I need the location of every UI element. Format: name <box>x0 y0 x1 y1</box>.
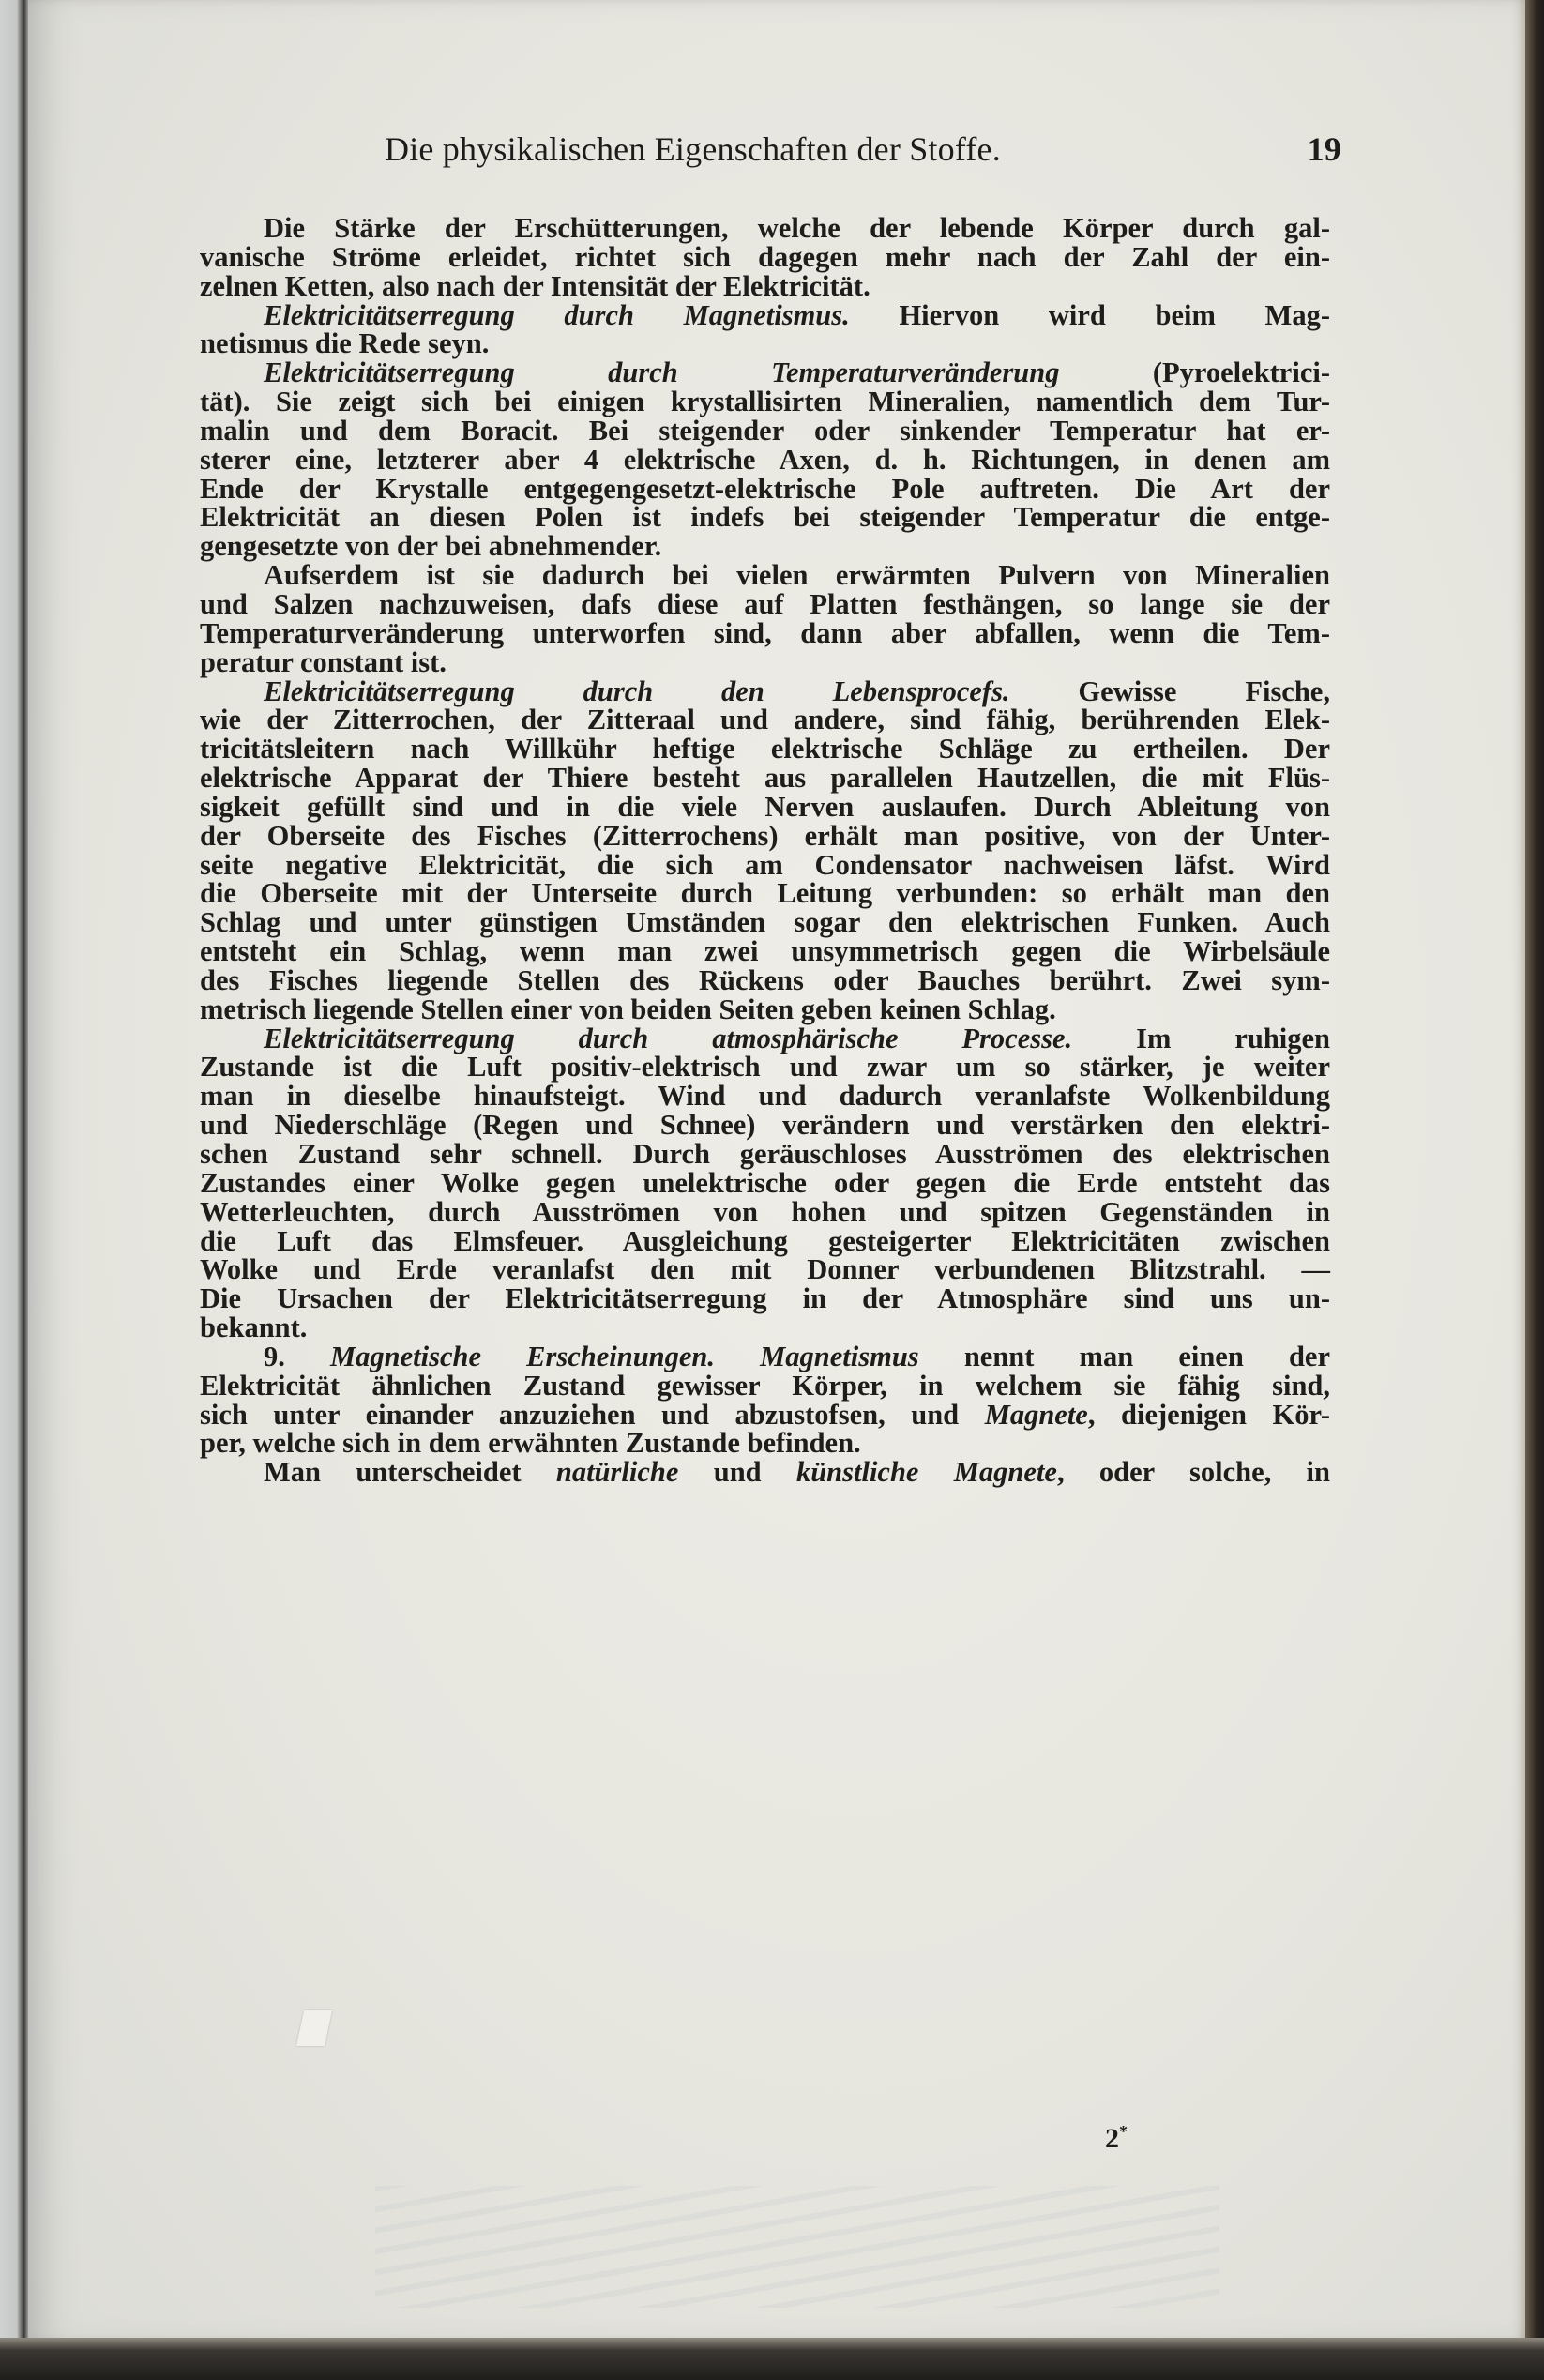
text-line: seite negative Elektricität, die sich am… <box>200 851 1330 880</box>
text-line: entsteht ein Schlag, wenn man zwei unsym… <box>200 937 1330 966</box>
text-line: tät). Sie zeigt sich bei einigen krystal… <box>200 387 1330 417</box>
text-line: Schlag und unter günstigen Umständen sog… <box>200 908 1330 937</box>
text-line: des Fisches liegende Stellen des Rückens… <box>200 966 1330 995</box>
text-line: und Salzen nachzuweisen, dafs diese auf … <box>200 590 1330 619</box>
text-line: Elektricitätserregung durch Magnetismus.… <box>200 301 1330 330</box>
text-line: bekannt. <box>200 1313 1330 1342</box>
text-line: elektrische Apparat der Thiere besteht a… <box>200 764 1330 793</box>
text-line: 9. Magnetische Erscheinungen. Magnetismu… <box>200 1342 1330 1372</box>
text-line: gengesetzte von der bei abnehmender. <box>200 532 1330 561</box>
signature-number: 2 <box>1105 2123 1119 2154</box>
italic-term: Magnete <box>985 1399 1088 1431</box>
page-number: 19 <box>1308 129 1341 169</box>
text-line: Elektricitätserregung durch Temperaturve… <box>200 358 1330 387</box>
italic-heading: natürliche <box>556 1456 679 1488</box>
text-line: Wetterleuchten, durch Ausströmen von hoh… <box>200 1198 1330 1227</box>
italic-term: künstliche Magnete <box>796 1456 1057 1488</box>
text-line: Zustande ist die Luft positiv-elektrisch… <box>200 1053 1330 1082</box>
text-line: Elektricitätserregung durch atmosphärisc… <box>200 1024 1330 1054</box>
text-line: zelnen Ketten, also nach der Intensität … <box>200 272 1330 301</box>
text-line: Temperaturveränderung unterworfen sind, … <box>200 619 1330 648</box>
italic-heading: Elektricitätserregung durch den Lebenspr… <box>264 675 1010 707</box>
text-line: Man unterscheidet natürliche und künstli… <box>200 1458 1330 1487</box>
text-line: sterer eine, letzterer aber 4 elektrisch… <box>200 446 1330 475</box>
text-line: Zustandes einer Wolke gegen unelektrisch… <box>200 1169 1330 1198</box>
text-line: Elektricität an diesen Polen ist indefs … <box>200 503 1330 532</box>
text-line: vanische Ströme erleidet, richtet sich d… <box>200 243 1330 272</box>
italic-heading: Elektricitätserregung durch Temperaturve… <box>264 356 1059 388</box>
signature-mark: 2* <box>1105 2122 1128 2155</box>
show-through-ink <box>375 2186 1219 2308</box>
text-line: die Luft das Elmsfeuer. Ausgleichung ges… <box>200 1227 1330 1256</box>
text-line: Ende der Krystalle entgegengesetzt-elekt… <box>200 475 1330 504</box>
running-head-title: Die physikalischen Eigenschaften der Sto… <box>385 129 1001 169</box>
page-bottom-edge <box>0 2338 1544 2380</box>
text-line: der Oberseite des Fisches (Zitterrochens… <box>200 822 1330 851</box>
text-line: wie der Zitterrochen, der Zitteraal und … <box>200 705 1330 735</box>
signature-star: * <box>1119 2122 1128 2141</box>
italic-heading: Magnetische Erscheinungen. Magnetismus <box>330 1341 919 1372</box>
text-line: die Oberseite mit der Unterseite durch L… <box>200 879 1330 908</box>
text-line: Elektricitätserregung durch den Lebenspr… <box>200 677 1330 706</box>
text-line: malin und dem Boracit. Bei steigender od… <box>200 417 1330 446</box>
text-line: und Niederschläge (Regen und Schnee) ver… <box>200 1111 1330 1140</box>
text-line: tricitätsleitern nach Willkühr heftige e… <box>200 735 1330 764</box>
text-line: sigkeit gefüllt sind und in die viele Ne… <box>200 793 1330 822</box>
book-binding-left <box>0 0 28 2345</box>
running-head: Die physikalischen Eigenschaften der Sto… <box>385 129 1341 186</box>
text-line: sich unter einander anzuziehen und abzus… <box>200 1401 1330 1430</box>
text-line: metrisch liegende Stellen einer von beid… <box>200 995 1330 1024</box>
text-line: per, welche sich in dem erwähnten Zustan… <box>200 1429 1330 1458</box>
text-line: Aufserdem ist sie dadurch bei vielen erw… <box>200 561 1330 590</box>
text-line: netismus die Rede seyn. <box>200 329 1330 358</box>
text-line: man in dieselbe hinaufsteigt. Wind und d… <box>200 1082 1330 1111</box>
text-line: Die Ursachen der Elektricitätserregung i… <box>200 1284 1330 1313</box>
page-right-edge <box>1525 0 1544 2380</box>
text-line: schen Zustand sehr schnell. Durch geräus… <box>200 1140 1330 1169</box>
italic-heading: Elektricitätserregung durch Magnetismus. <box>264 299 850 331</box>
text-line: Elektricität ähnlichen Zustand gewisser … <box>200 1372 1330 1401</box>
text-line: peratur constant ist. <box>200 648 1330 677</box>
text-line: Wolke und Erde veranlafst den mit Donner… <box>200 1255 1330 1284</box>
body-text: Die Stärke der Erschütterungen, welche d… <box>200 214 1330 1487</box>
italic-heading: Elektricitätserregung durch atmosphärisc… <box>264 1023 1072 1054</box>
text-line: Die Stärke der Erschütterungen, welche d… <box>200 214 1330 243</box>
